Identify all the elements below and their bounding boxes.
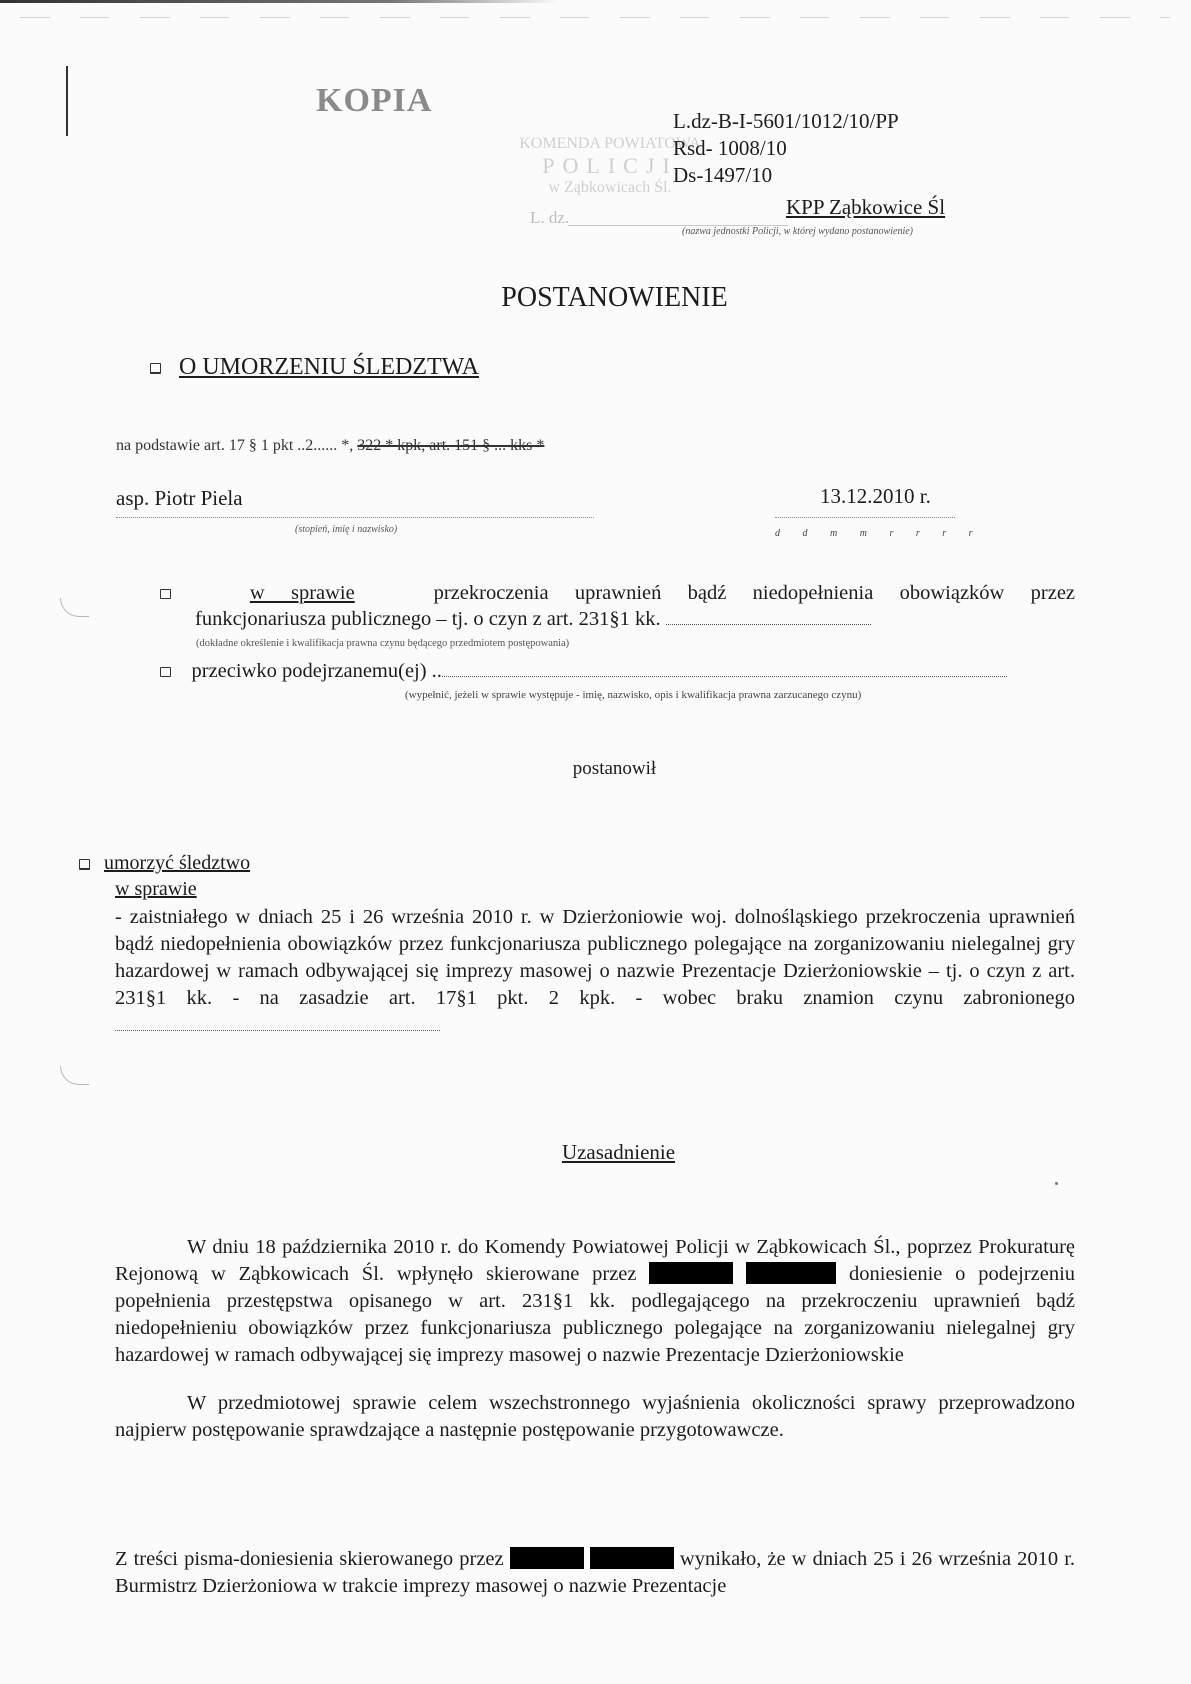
paragraph-text: Z treści pisma-doniesienia skierowanego … <box>115 1548 504 1570</box>
ref-number: Ds-1497/10 <box>673 162 899 189</box>
case-note: (dokładne określenie i kwalifikacja praw… <box>196 638 569 649</box>
scan-margin-mark <box>66 66 68 136</box>
case-text: funkcjonariusza publicznego – tj. o czyn… <box>195 608 661 630</box>
document-title: POSTANOWIENIE <box>0 282 1191 314</box>
document-subtitle: O UMORZENIU ŚLEDZTWA <box>150 354 479 381</box>
suspect-line: przeciwko podejrzanemu(ej) .. <box>160 660 1007 683</box>
date-format-note: d d m m r r r r <box>775 528 977 539</box>
officer-name: asp. Piotr Piela <box>116 486 243 511</box>
date-dotted-line <box>775 516 955 518</box>
redaction-block <box>649 1262 733 1284</box>
ref-number: Rsd- 1008/10 <box>673 135 899 162</box>
decided-heading: postanowił <box>0 758 1191 780</box>
case-label: w sprawie <box>250 582 355 604</box>
dotted-fill <box>666 623 871 625</box>
ldz-label: L. dz. <box>530 208 569 228</box>
checkbox-icon <box>150 363 161 374</box>
checkbox-icon <box>79 859 90 870</box>
basis-struck-text: 322 * kpk, art. 151 § ... kks * <box>357 437 544 454</box>
scan-margin-mark <box>60 1066 89 1085</box>
redaction-block <box>510 1547 584 1569</box>
checkbox-icon <box>160 667 171 677</box>
suspect-note: (wypełnić, jeżeli w sprawie występuje - … <box>405 689 861 701</box>
document-date: 13.12.2010 r. <box>820 484 931 509</box>
legal-basis: na podstawie art. 17 § 1 pkt ..2...... *… <box>116 437 544 455</box>
ref-number: L.dz-B-I-5601/1012/10/PP <box>673 108 899 135</box>
scan-margin-mark <box>60 598 89 617</box>
basis-text: na podstawie art. 17 § 1 pkt ..2...... *… <box>116 437 357 454</box>
justification-heading: Uzasadnienie <box>0 1140 1191 1165</box>
case-line: w sprawie przekroczenia uprawnień bądź n… <box>160 582 1075 605</box>
case-text: przekroczenia uprawnień bądź niedopełnie… <box>434 582 1075 604</box>
officer-note: (stopień, imię i nazwisko) <box>295 524 397 535</box>
officer-dotted-line <box>116 516 594 518</box>
scan-speck <box>1055 1182 1058 1185</box>
subtitle-text: O UMORZENIU ŚLEDZTWA <box>179 354 479 380</box>
justification-paragraph-2: W przedmiotowej sprawie celem wszechstro… <box>115 1390 1075 1444</box>
police-unit-note: (nazwa jednostki Policji, w której wydan… <box>682 226 913 237</box>
suspect-label: przeciwko podejrzanemu(ej) .. <box>192 660 442 682</box>
scan-artifact-line <box>20 17 1170 18</box>
copy-stamp: KOPIA <box>316 82 432 120</box>
justification-paragraph-1: W dniu 18 października 2010 r. do Komend… <box>115 1234 1075 1369</box>
dotted-fill <box>115 1029 440 1031</box>
justification-paragraph-3: Z treści pisma-doniesienia skierowanego … <box>115 1546 1075 1600</box>
decision-body: - zaistniałego w dniach 25 i 26 września… <box>115 906 1075 1009</box>
decision-label-2: w sprawie <box>115 878 197 901</box>
police-unit: KPP Ząbkowice Śl <box>786 195 945 220</box>
decision-label-text: umorzyć śledztwo <box>104 852 250 874</box>
checkbox-icon <box>160 589 171 599</box>
reference-numbers: L.dz-B-I-5601/1012/10/PP Rsd- 1008/10 Ds… <box>673 108 899 189</box>
decision-text: - zaistniałego w dniach 25 i 26 września… <box>115 904 1075 1039</box>
redaction-block <box>590 1547 674 1569</box>
case-line-2: funkcjonariusza publicznego – tj. o czyn… <box>195 608 1075 631</box>
dotted-fill <box>442 675 1007 677</box>
redaction-block <box>746 1262 836 1284</box>
scan-edge <box>0 0 560 3</box>
decision-label: umorzyć śledztwo <box>79 852 250 875</box>
